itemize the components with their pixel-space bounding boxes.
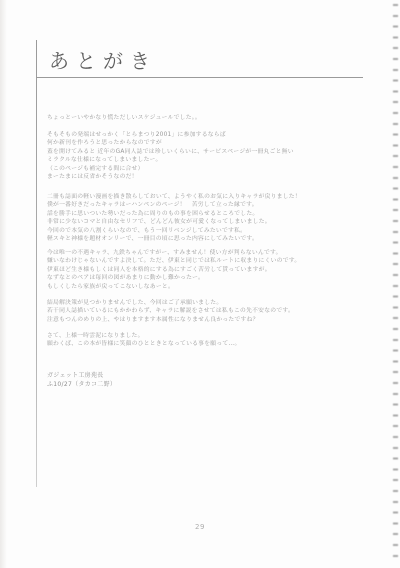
afterword-paragraph-6: さて、上様一時雲泥になりました。 願わくば、この本が皆様に笑顔のひとときとなって…	[47, 332, 377, 349]
page-title: あとがき	[49, 45, 157, 74]
page-number: 29	[0, 523, 400, 531]
margin-rule-vertical	[36, 40, 37, 487]
afterword-paragraph-1: ちょっとーいやかなり慌ただしいスケジュールでした。。	[47, 114, 377, 122]
scan-left-shadow	[0, 0, 7, 568]
scan-edge-marks	[393, 4, 398, 564]
title-underline-rule	[36, 77, 363, 78]
scanned-page: あとがき ちょっとーいやかなり慌ただしいスケジュールでした。。 そもそもの発端は…	[0, 0, 400, 568]
afterword-paragraph-2: そもそもの発端はせっかく「とらまつり2001」に参加するならば 何か新刊を作ろう…	[47, 131, 377, 181]
afterword-paragraph-4: 今は唯一の不遇キャラ、九鉄ちゃんですがー、すみません！使い方が判らないんです。 …	[47, 249, 377, 291]
credit-lines: ガジェット工房苑長 ふ10/27（タカコ二野）	[47, 372, 116, 389]
afterword-paragraph-5: 結局解決策が見つかりませんでした、今回はご了承願いました。 若干同人誌描いている…	[47, 299, 377, 324]
afterword-paragraph-3: 二冊も誌面の軽い漫画を描き散らしておいて、ようやく私のお気に入りキャラが戻りまし…	[47, 193, 377, 243]
